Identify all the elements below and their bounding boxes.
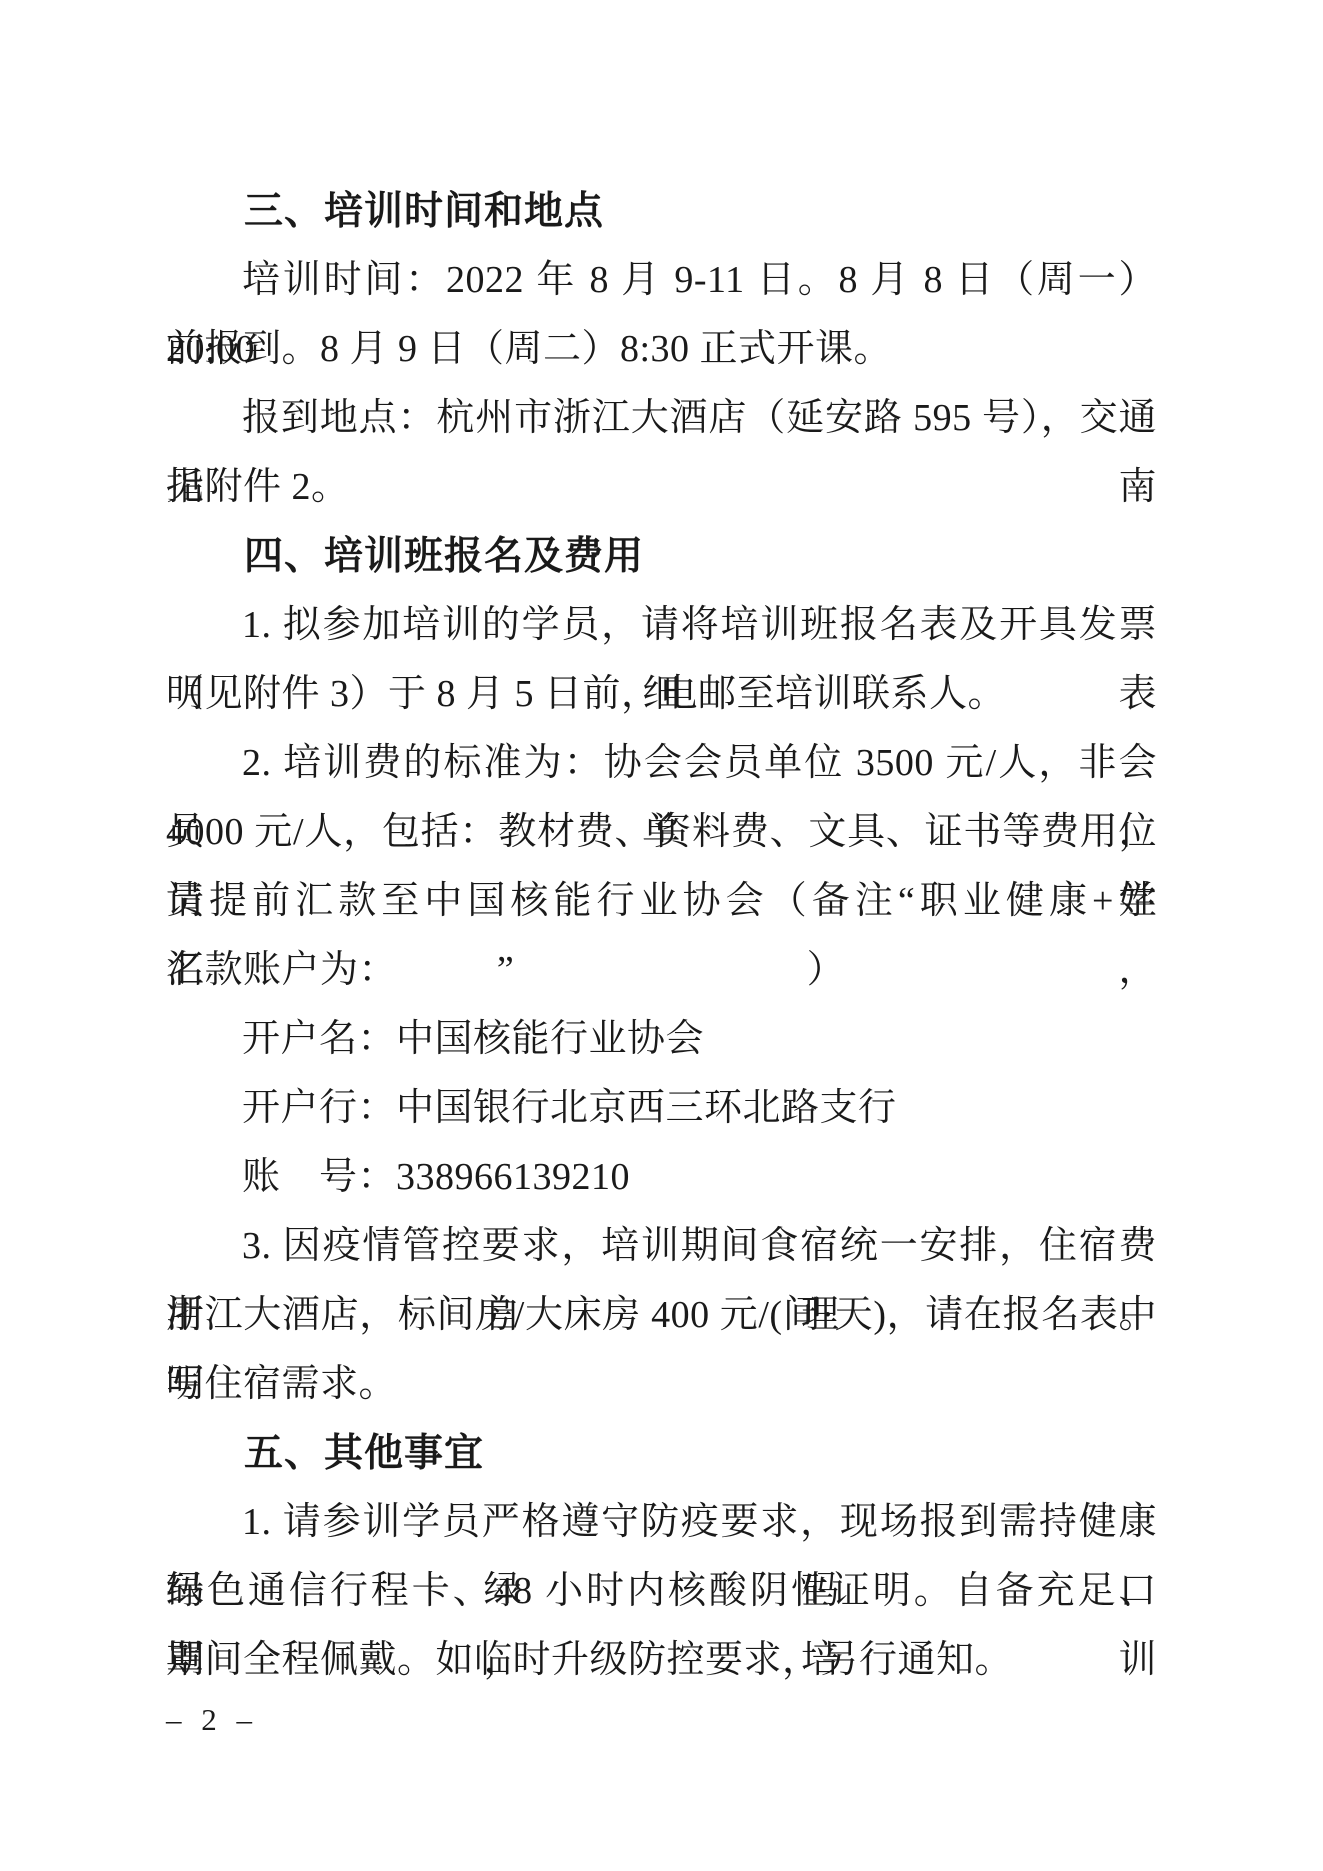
section-heading-text: 四、培训班报名及费用 — [166, 522, 1157, 591]
page-number: – 2 – — [166, 1700, 258, 1740]
paragraph-checkin-location: 报到地点：杭州市浙江大酒店（延安路 595 号），交通指南 见附件 2。 — [166, 384, 1157, 522]
section-heading-text: 三、培训时间和地点 — [166, 177, 1157, 246]
text-line: 3. 因疫情管控要求，培训期间食宿统一安排，住宿费用自理。 — [166, 1212, 1157, 1281]
text-line: 期间全程佩戴。如临时升级防控要求，另行通知。 — [166, 1626, 1157, 1695]
text-line: 4000 元/人，包括：教材费、资料费、文具、证书等费用，请学 — [166, 798, 1157, 867]
section-heading-text: 五、其他事宜 — [166, 1419, 1157, 1488]
text-line: 明住宿需求。 — [166, 1350, 1157, 1419]
section-heading-3: 三、培训时间和地点 — [166, 177, 1157, 246]
section-heading-4: 四、培训班报名及费用 — [166, 522, 1157, 591]
text-line: 前报到。8 月 9 日（周二）8:30 正式开课。 — [166, 315, 1157, 384]
text-line: 报到地点：杭州市浙江大酒店（延安路 595 号），交通指南 — [166, 384, 1157, 453]
text-line: 开户名：中国核能行业协会 — [166, 1005, 1157, 1074]
text-line: 绿色通信行程卡、48 小时内核酸阴性证明。自备充足口罩，培训 — [166, 1557, 1157, 1626]
text-line: 开户行：中国银行北京西三环北路支行 — [166, 1074, 1157, 1143]
document-page: 三、培训时间和地点 培训时间：2022 年 8 月 9-11 日。8 月 8 日… — [0, 0, 1323, 1871]
text-line: 2. 培训费的标准为：协会会员单位 3500 元/人，非会员单位 — [166, 729, 1157, 798]
text-line: 账 号：338966139210 — [166, 1143, 1157, 1212]
section-heading-5: 五、其他事宜 — [166, 1419, 1157, 1488]
text-line: 员提前汇款至中国核能行业协会（备注“职业健康+姓名”）， — [166, 867, 1157, 936]
document-content: 三、培训时间和地点 培训时间：2022 年 8 月 9-11 日。8 月 8 日… — [166, 0, 1157, 1695]
text-line: 培训时间：2022 年 8 月 9-11 日。8 月 8 日（周一）20:00 — [166, 246, 1157, 315]
text-line: 浙江大酒店，标间房/大床房 400 元/(间·天)，请在报名表中写 — [166, 1281, 1157, 1350]
paragraph-fees: 2. 培训费的标准为：协会会员单位 3500 元/人，非会员单位 4000 元/… — [166, 729, 1157, 1005]
paragraph-accommodation: 3. 因疫情管控要求，培训期间食宿统一安排，住宿费用自理。 浙江大酒店，标间房/… — [166, 1212, 1157, 1419]
paragraph-training-time: 培训时间：2022 年 8 月 9-11 日。8 月 8 日（周一）20:00 … — [166, 246, 1157, 384]
bank-account-number: 账 号：338966139210 — [166, 1143, 1157, 1212]
bank-account-name: 开户名：中国核能行业协会 — [166, 1005, 1157, 1074]
text-line: 1. 请参训学员严格遵守防疫要求，现场报到需持健康码绿码、 — [166, 1488, 1157, 1557]
paragraph-registration: 1. 拟参加培训的学员，请将培训班报名表及开具发票明细表 （见附件 3）于 8 … — [166, 591, 1157, 729]
bank-branch: 开户行：中国银行北京西三环北路支行 — [166, 1074, 1157, 1143]
paragraph-covid-rules: 1. 请参训学员严格遵守防疫要求，现场报到需持健康码绿码、 绿色通信行程卡、48… — [166, 1488, 1157, 1695]
text-line: 1. 拟参加培训的学员，请将培训班报名表及开具发票明细表 — [166, 591, 1157, 660]
